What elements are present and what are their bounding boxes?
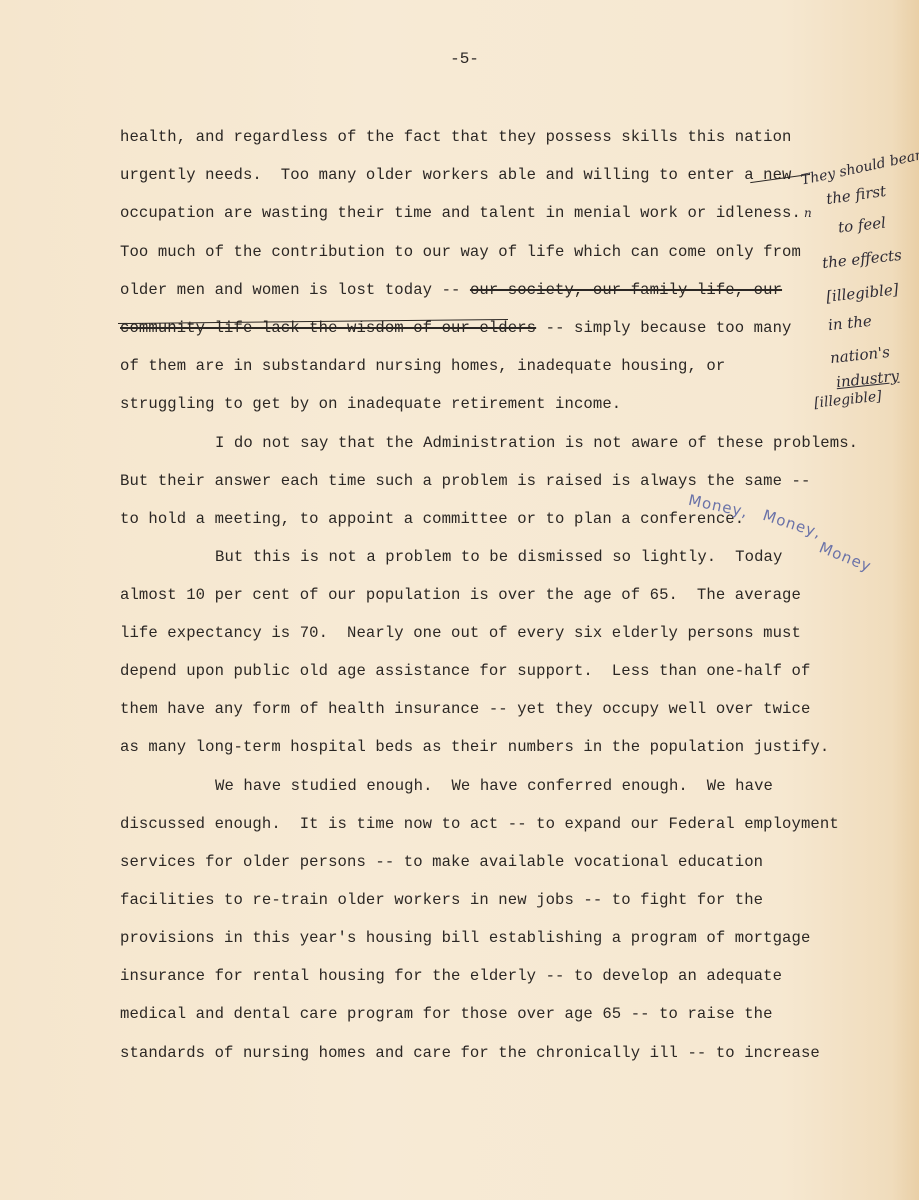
text-line: as many long-term hospital beds as their… [120, 737, 829, 757]
text-line: I do not say that the Administration is … [215, 433, 858, 453]
text-line: standards of nursing homes and care for … [120, 1043, 820, 1063]
margin-note-line: [illegible] [825, 280, 899, 305]
typed-text: -- simply because too many [536, 319, 791, 337]
text-line: medical and dental care program for thos… [120, 1004, 773, 1024]
margin-note-line: They should bear [800, 147, 919, 188]
document-page: -5- health, and regardless of the fact t… [0, 0, 919, 1200]
pencil-note-word: Money, [761, 506, 824, 542]
text-line: health, and regardless of the fact that … [120, 127, 792, 147]
margin-note-line: the first [825, 182, 887, 208]
text-line: But their answer each time such a proble… [120, 471, 810, 491]
text-line: life expectancy is 70. Nearly one out of… [120, 623, 801, 643]
typed-text: older men and women is lost today -- [120, 281, 470, 299]
text-line: insurance for rental housing for the eld… [120, 966, 782, 986]
margin-note-line: [illegible] [813, 388, 882, 411]
margin-note-line: nation's [829, 343, 891, 367]
margin-note-line: to feel [837, 214, 887, 237]
text-line: urgently needs. Too many older workers a… [120, 165, 792, 185]
text-line: of them are in substandard nursing homes… [120, 356, 725, 376]
margin-note-line: in the [827, 312, 872, 334]
margin-note-line: the effects [821, 246, 902, 272]
text-line: provisions in this year's housing bill e… [120, 928, 810, 948]
text-line: to hold a meeting, to appoint a committe… [120, 509, 744, 529]
text-line: We have studied enough. We have conferre… [215, 776, 773, 796]
text-line: Too much of the contribution to our way … [120, 242, 801, 262]
text-line: discussed enough. It is time now to act … [120, 814, 839, 834]
page-number: -5- [0, 50, 919, 68]
text-line-edited: older men and women is lost today -- our… [120, 280, 782, 300]
insertion-caret-mark: n [804, 206, 812, 220]
text-line: services for older persons -- to make av… [120, 852, 763, 872]
text-line: facilities to re-train older workers in … [120, 890, 763, 910]
text-line: depend upon public old age assistance fo… [120, 661, 810, 681]
margin-note-line: industry [835, 367, 900, 391]
text-line: struggling to get by on inadequate retir… [120, 394, 621, 414]
text-line: almost 10 per cent of our population is … [120, 585, 801, 605]
text-line: occupation are wasting their time and ta… [120, 203, 801, 223]
text-line: them have any form of health insurance -… [120, 699, 810, 719]
struck-text: our society, our family life, our [470, 281, 782, 299]
pencil-note-word: Money [817, 538, 874, 575]
text-line: But this is not a problem to be dismisse… [215, 547, 782, 567]
